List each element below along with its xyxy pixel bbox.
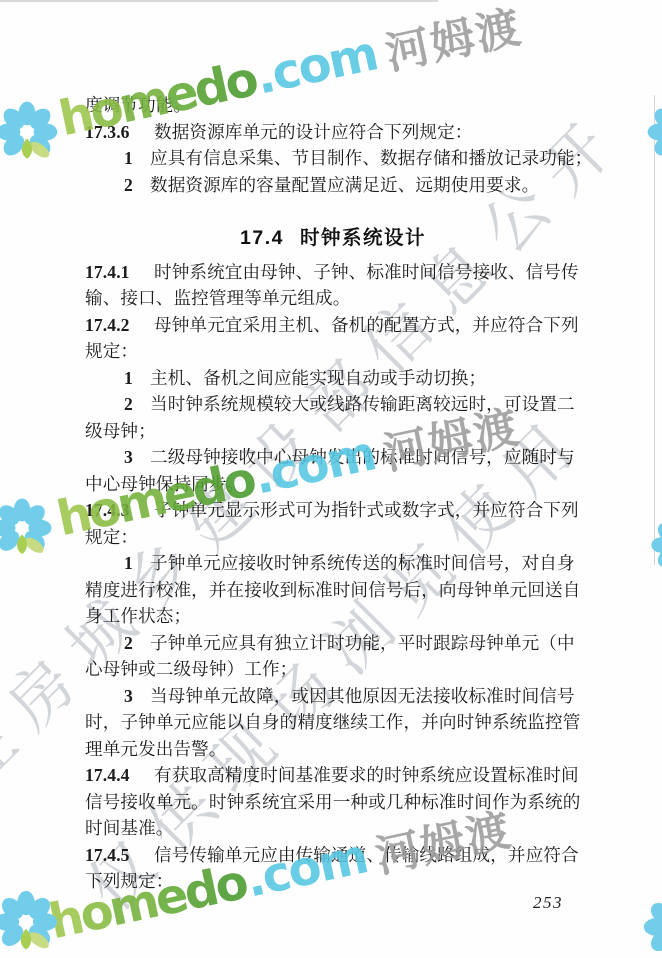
line-text: 当时钟系统规模较大或线路传输距离较远时，可设置二	[150, 394, 575, 414]
line-text: 中心母钟保持同步。	[85, 474, 244, 494]
line-text: 子钟单元应接收时钟系统传送的标准时间信号，对自身	[150, 553, 575, 573]
clause-number: 2	[124, 630, 150, 657]
text-line: 1子钟单元应接收时钟系统传送的标准时间信号，对自身	[85, 550, 581, 577]
text-line: 3当母钟单元故障，或因其他原因无法接收标准时间信号	[85, 683, 581, 710]
clause-number: 17.4.4	[85, 762, 154, 789]
text-line: 时，子钟单元应能以自身的精度继续工作，并向时钟系统监控管	[85, 709, 581, 736]
text-line: 2数据资源库的容量配置应满足近、远期使用要求。	[85, 172, 581, 199]
text-line: 输、接口、监控管理等单元组成。	[85, 285, 581, 312]
text-line: 心母钟或二级母钟）工作；	[85, 656, 581, 683]
line-text: 身工作状态；	[85, 606, 191, 626]
text-line: 信号接收单元。时钟系统宜采用一种或几种标准时间作为系统的	[85, 789, 581, 816]
text-line: 2当时钟系统规模较大或线路传输距离较远时，可设置二	[85, 391, 581, 418]
section-heading: 17.4时钟系统设计	[85, 225, 581, 252]
line-text: 下列规定：	[85, 871, 173, 891]
text-line: 17.3.6数据资源库单元的设计应符合下列规定：	[85, 119, 581, 146]
clause-number: 17.4.3	[85, 497, 154, 524]
line-text: 应具有信息采集、节目制作、数据存储和播放记录功能；	[150, 148, 592, 168]
clause-number: 3	[124, 683, 150, 710]
page-number: 253	[533, 893, 563, 913]
text-line: 规定：	[85, 338, 581, 365]
text-line: 身工作状态；	[85, 603, 581, 630]
line-text: 精度进行校准，并在接收到标准时间信号后，向母钟单元回送自	[85, 580, 580, 600]
clause-number: 17.3.6	[85, 119, 154, 146]
line-text: 数据资源库的容量配置应满足近、远期使用要求。	[150, 175, 539, 195]
clause-number: 1	[124, 550, 150, 577]
line-text: 时钟系统设计	[300, 227, 426, 249]
homedo-flower-icon	[0, 492, 58, 564]
text-line: 度调节功能。	[85, 92, 581, 119]
homedo-flower-icon	[0, 884, 64, 958]
clause-number: 2	[124, 391, 150, 418]
line-text: 信号接收单元。时钟系统宜采用一种或几种标准时间作为系统的	[85, 792, 580, 812]
line-text: 二级母钟接收中心母钟发出的标准时间信号，应随时与	[150, 447, 575, 467]
homedo-flower-icon	[637, 889, 662, 958]
text-line: 理单元发出告警。	[85, 736, 581, 763]
clause-number: 2	[124, 172, 150, 199]
line-text: 级母钟；	[85, 421, 156, 441]
clause-number: 17.4.5	[85, 842, 154, 869]
line-text: 信号传输单元应由传输通道、传输线路组成，并应符合	[154, 845, 579, 865]
text-line: 精度进行校准，并在接收到标准时间信号后，向母钟单元回送自	[85, 577, 581, 604]
text-line: 3二级母钟接收中心母钟发出的标准时间信号，应随时与	[85, 444, 581, 471]
line-text: 时间基准。	[85, 818, 173, 838]
text-line: 17.4.3子钟单元显示形式可为指针式或数字式，并应符合下列	[85, 497, 581, 524]
clause-number: 3	[124, 444, 150, 471]
homedo-flower-icon	[641, 95, 662, 169]
text-line: 17.4.2母钟单元宜采用主机、备机的配置方式，并应符合下列	[85, 312, 581, 339]
text-line: 17.4.4有获取高精度时间基准要求的时钟系统应设置标准时间	[85, 762, 581, 789]
clause-number: 17.4.1	[85, 259, 154, 286]
line-text: 数据资源库单元的设计应符合下列规定：	[154, 122, 473, 142]
text-line: 级母钟；	[85, 418, 581, 445]
text-line: 时间基准。	[85, 815, 581, 842]
line-text: 母钟单元宜采用主机、备机的配置方式，并应符合下列	[154, 315, 579, 335]
line-text: 规定：	[85, 527, 138, 547]
text-line: 中心母钟保持同步。	[85, 471, 581, 498]
text-line: 2子钟单元应具有独立计时功能，平时跟踪母钟单元（中	[85, 630, 581, 657]
homedo-letter: h	[44, 889, 86, 950]
clause-number: 17.4.2	[85, 312, 154, 339]
clause-number: 1	[124, 365, 150, 392]
text-line: 规定：	[85, 524, 581, 551]
document-page: 住房城乡建设部信息公开 仅供现场浏览使用 度调节功能。17.3.6数据资源库单元…	[0, 0, 662, 958]
line-text: 度调节功能。	[85, 95, 191, 115]
body-text: 度调节功能。17.3.6数据资源库单元的设计应符合下列规定：1应具有信息采集、节…	[85, 92, 581, 895]
text-line: 下列规定：	[85, 868, 581, 895]
scan-edge-right-line	[654, 95, 655, 565]
text-line: 17.4.1时钟系统宜由母钟、子钟、标准时间信号接收、信号传	[85, 259, 581, 286]
line-text: 规定：	[85, 341, 138, 361]
text-line: 1主机、备机之间应能实现自动或手动切换；	[85, 365, 581, 392]
line-text: 时钟系统宜由母钟、子钟、标准时间信号接收、信号传	[154, 262, 579, 282]
homedo-chinese-name: 河姆渡	[379, 0, 527, 82]
homedo-flower-icon	[0, 95, 64, 169]
line-text: 子钟单元应具有独立计时功能，平时跟踪母钟单元（中	[150, 633, 575, 653]
scan-edge-top-line	[0, 0, 438, 2]
line-text: 输、接口、监控管理等单元组成。	[85, 288, 350, 308]
text-line: 1应具有信息采集、节目制作、数据存储和播放记录功能；	[85, 145, 581, 172]
line-text: 有获取高精度时间基准要求的时钟系统应设置标准时间	[154, 765, 579, 785]
line-text: 理单元发出告警。	[85, 739, 227, 759]
text-line: 17.4.5信号传输单元应由传输通道、传输线路组成，并应符合	[85, 842, 581, 869]
clause-number: 1	[124, 145, 150, 172]
line-text: 主机、备机之间应能实现自动或手动切换；	[150, 368, 486, 388]
line-text: 子钟单元显示形式可为指针式或数字式，并应符合下列	[154, 500, 579, 520]
line-text: 心母钟或二级母钟）工作；	[85, 659, 297, 679]
clause-number: 17.4	[240, 227, 284, 249]
line-text: 当母钟单元故障，或因其他原因无法接收标准时间信号	[150, 686, 575, 706]
line-text: 时，子钟单元应能以自身的精度继续工作，并向时钟系统监控管	[85, 712, 580, 732]
